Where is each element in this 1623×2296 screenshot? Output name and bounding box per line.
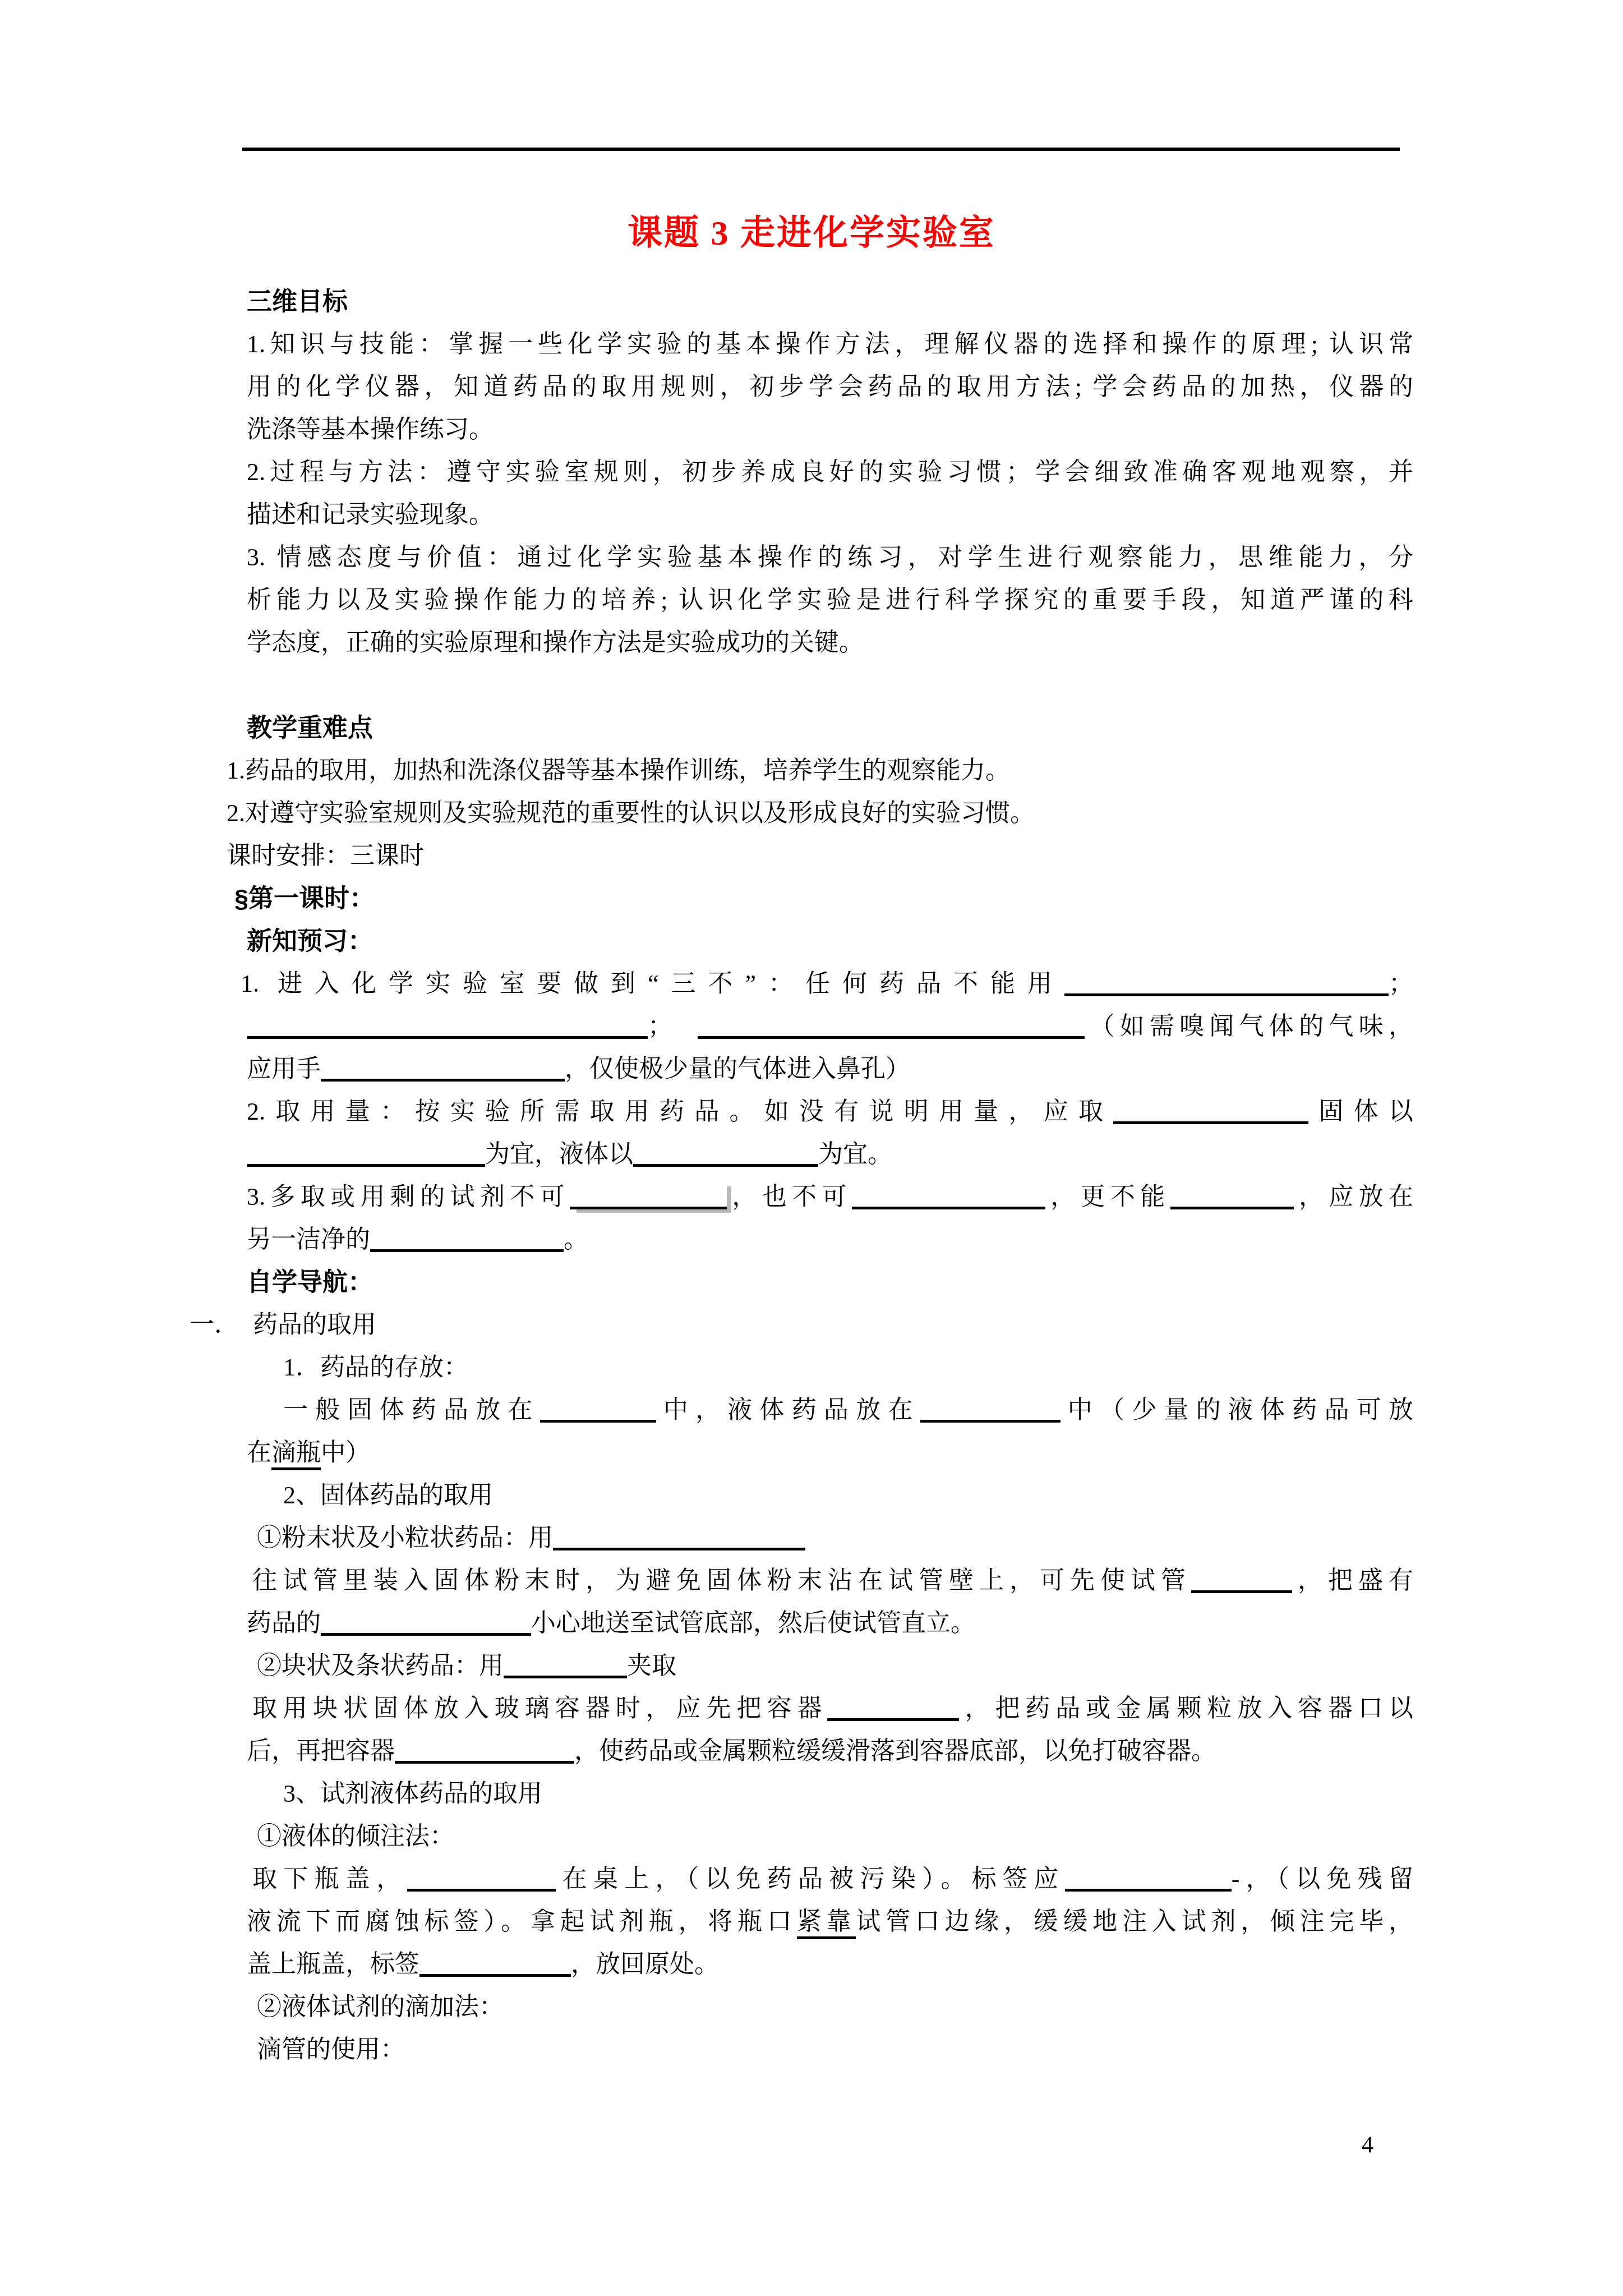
fill-in-blank-line [247,1138,485,1167]
fill-in-blank-line [920,1394,1061,1423]
text-segment: ，把药品或金属颗粒放入容器口以 [959,1695,1413,1722]
text-segment: 液流下而腐蚀标签）。拿起试剂瓶，将瓶口 [247,1908,797,1935]
text-segment: 1.药品的取用，加热和洗涤仪器等基本操作训练，培养学生的观察能力。 [227,757,1010,784]
text-segment: 在 [247,1439,271,1466]
pouring-method-heading: ①液体的倾注法： [257,1820,454,1853]
fill-in-blank-line [1065,1863,1232,1892]
goal-emotion-value-line-1: 3. 情感态度与价值：通过化学实验基本操作的练习，对学生进行观察能力，思维能力，… [247,541,1413,574]
block-drug-detail-line-1: 取用块状固体放入玻璃容器时，应先把容器，把药品或金属颗粒放入容器口以 [252,1692,1413,1725]
fill-in-blank-line [827,1692,959,1721]
preview-item-2-line-1: 2.取用量：按实验所需取用药品。如没有说明用量，应取固体以 [247,1096,1413,1128]
drug-storage-line-1: 一般固体药品放在中，液体药品放在中（少量的液体药品可放 [283,1394,1413,1427]
text-segment: -，（以免残留 [1232,1865,1413,1893]
text-segment: 中（少量的液体药品可放 [1061,1396,1413,1424]
header-rule [242,148,1400,151]
page-title: 课题 3 走进化学实验室 [0,213,1623,254]
fill-in-blank-line [633,1138,818,1167]
fill-in-blank-line [1113,1096,1308,1124]
block-drug-line: ②块状及条状药品：用夹取 [257,1650,676,1682]
fill-in-blank-line [504,1650,627,1678]
text-segment: ，放回原处。 [571,1950,719,1978]
section-one-drug-taking: 一．药品的取用 [190,1309,376,1341]
preview-item-1-line-1: 1. 进入化学实验室要做到“三不”：任何药品不能用； [241,968,1413,1000]
dropper-usage-heading: 滴管的使用： [257,2033,405,2066]
heading-three-dimensional-goals: 三维目标 [247,286,348,318]
text-segment: 用的化学仪器，知道药品的取用规则，初步学会药品的取用方法; 学会药品的加热，仪器… [247,373,1413,401]
goal-emotion-value-line-2: 析能力以及实验操作能力的培养; 认识化学实验是进行科学探究的重要手段，知道严谨的… [247,584,1413,616]
text-segment: ，仅使极少量的气体进入鼻孔） [565,1055,910,1083]
text-segment: 为宜。 [818,1140,892,1168]
key-point-1: 1.药品的取用，加热和洗涤仪器等基本操作训练，培养学生的观察能力。 [227,754,1010,787]
fill-in-blank-line [570,1181,727,1209]
fill-in-blank-line [407,1863,556,1892]
text-segment: 新知预习： [247,927,373,955]
text-segment: 后，再把容器 [247,1737,395,1765]
text-segment: 3、试剂液体药品的取用 [283,1780,542,1807]
solid-drug-heading: 2、固体药品的取用 [283,1479,493,1512]
powder-drug-line: ①粉末状及小粒状药品：用 [257,1522,805,1554]
goal-knowledge-skills-line-2: 用的化学仪器，知道药品的取用规则，初步学会药品的取用方法; 学会药品的加热，仪器… [247,371,1413,403]
text-segment: ，应放在 [1294,1183,1413,1211]
text-segment: （如需嗅闻气体的气味， [1085,1013,1413,1040]
preview-item-1-line-2: ；（如需嗅闻气体的气味， [247,1010,1413,1043]
goal-knowledge-skills-line-3: 洗涤等基本操作练习。 [247,413,494,446]
underlined-text-segment: 滴瓶 [271,1439,321,1470]
text-segment: 另一洁净的 [247,1226,370,1253]
fill-in-blank-line [370,1223,564,1252]
pouring-method-line-3: 盖上瓶盖，标签，放回原处。 [247,1948,719,1981]
text-segment: ，把盛有 [1292,1567,1413,1594]
text-segment: 取下瓶盖， [252,1865,407,1893]
text-segment: 盖上瓶盖，标签 [247,1950,419,1978]
text-segment: 药品的 [247,1609,321,1637]
text-segment: 一般固体药品放在 [283,1396,540,1424]
text-segment: ； [1389,970,1413,997]
liquid-drug-heading: 3、试剂液体药品的取用 [283,1778,542,1810]
fill-in-blank-line [321,1053,565,1082]
drug-storage-line-2: 在滴瓶中） [247,1437,370,1469]
text-segment: 2.取用量：按实验所需取用药品。如没有说明用量，应取 [247,1098,1113,1125]
page-number: 4 [1362,2132,1373,2159]
text-segment: 取用块状固体放入玻璃容器时，应先把容器 [252,1695,827,1722]
text-segment: ，也不可 [727,1183,852,1211]
preview-item-1-line-3: 应用手，仅使极少量的气体进入鼻孔） [247,1053,910,1085]
preview-item-3-line-1: 3.多取或用剩的试剂不可，也不可，更不能，应放在 [247,1181,1413,1213]
text-segment: 1．药品的存放： [283,1354,468,1381]
heading-new-knowledge-preview: 新知预习： [247,925,373,958]
text-segment: 中，液体药品放在 [656,1396,920,1424]
text-segment: 2.过程与方法：遵守实验室规则，初步养成良好的实验习惯；学会细致准确客观地观察，… [247,458,1413,486]
text-segment: 学态度，正确的实验原理和操作方法是实验成功的关键。 [247,629,864,656]
pouring-method-line-2: 液流下而腐蚀标签）。拿起试剂瓶，将瓶口紧靠试管口边缘，缓缓地注入试剂，倾注完毕， [247,1906,1413,1938]
heading-self-study-guide: 自学导航： [247,1266,373,1299]
text-segment: 三维目标 [247,287,348,316]
text-segment: 2.对遵守实验室规则及实验规范的重要性的认识以及形成良好的实验习惯。 [227,799,1035,827]
text-segment: ，使药品或金属颗粒缓缓滑落到容器底部，以免打破容器。 [574,1737,1216,1765]
preview-item-3-line-2: 另一洁净的。 [247,1223,588,1256]
text-segment: 析能力以及实验操作能力的培养; 认识化学实验是进行科学探究的重要手段，知道严谨的… [247,586,1413,614]
text-segment: 课时安排：三课时 [227,842,424,869]
key-point-2: 2.对遵守实验室规则及实验规范的重要性的认识以及形成良好的实验习惯。 [227,797,1035,830]
text-segment: 在桌上，（以免药品被污染）。标签应 [556,1865,1064,1893]
text-segment: ①液体的倾注法： [257,1823,454,1850]
text-segment: 固体以 [1308,1098,1413,1125]
text-segment: 。 [564,1226,588,1253]
text-segment: ； [648,1013,672,1040]
fill-in-blank-line [1191,1565,1292,1593]
text-segment: 为宜，液体以 [485,1140,633,1168]
text-segment: ，更不能 [1045,1183,1170,1211]
fill-in-blank-line [321,1607,531,1636]
text-segment: 滴管的使用： [257,2036,405,2063]
text-segment: ②液体试剂的滴加法： [257,1993,504,2021]
class-hour-arrangement: 课时安排：三课时 [227,840,424,872]
text-segment: 往试管里装入固体粉末时，为避免固体粉末沾在试管壁上，可先使试管 [252,1567,1191,1594]
fill-in-blank-line [540,1394,656,1423]
text-segment: 3. 情感态度与价值：通过化学实验基本操作的练习，对学生进行观察能力，思维能力，… [247,544,1413,571]
powder-drug-detail-line-1: 往试管里装入固体粉末时，为避免固体粉末沾在试管壁上，可先使试管，把盛有 [252,1565,1413,1597]
text-segment: 中） [321,1439,370,1466]
text-segment: 洗涤等基本操作练习。 [247,416,494,443]
text-segment: ①粉末状及小粒状药品：用 [257,1524,553,1552]
text-segment: 3.多取或用剩的试剂不可 [247,1183,570,1211]
goal-knowledge-skills-line-1: 1.知识与技能：掌握一些化学实验的基本操作方法，理解仪器的选择和操作的原理; 认… [247,328,1413,361]
text-segment: 2、固体药品的取用 [283,1481,493,1509]
text-segment: ②块状及条状药品：用 [257,1652,504,1680]
text-segment: 小心地送至试管底部，然后使试管直立。 [531,1609,975,1637]
heading-first-lesson: §第一课时： [234,882,375,915]
text-segment: 夹取 [627,1652,676,1680]
document-page: 课题 3 走进化学实验室 三维目标1.知识与技能：掌握一些化学实验的基本操作方法… [0,0,1623,2296]
heading-teaching-key-points: 教学重难点 [247,712,373,744]
text-segment: 试管口边缘，缓缓地注入试剂，倾注完毕， [856,1908,1413,1935]
pouring-method-line-1: 取下瓶盖，在桌上，（以免药品被污染）。标签应-，（以免残留 [252,1863,1413,1895]
fill-in-blank-line [395,1735,574,1764]
goal-process-method-line-1: 2.过程与方法：遵守实验室规则，初步养成良好的实验习惯；学会细致准确客观地观察，… [247,456,1413,489]
goal-emotion-value-line-3: 学态度，正确的实验原理和操作方法是实验成功的关键。 [247,627,864,659]
fill-in-blank-line [1170,1181,1294,1209]
fill-in-blank-line [1064,968,1389,996]
text-segment: 自学导航： [247,1268,373,1296]
text-segment: 教学重难点 [247,714,373,742]
drug-storage-heading: 1．药品的存放： [283,1351,468,1384]
dropping-method-heading: ②液体试剂的滴加法： [257,1991,504,2023]
text-segment: 1.知识与技能：掌握一些化学实验的基本操作方法，理解仪器的选择和操作的原理; 认… [247,330,1413,358]
preview-item-2-line-2: 为宜，液体以为宜。 [247,1138,892,1171]
text-segment: §第一课时： [234,884,375,913]
goal-process-method-line-2: 描述和记录实验现象。 [247,499,494,531]
text-segment: 药品的取用 [253,1311,376,1338]
text-segment: 描述和记录实验现象。 [247,501,494,528]
block-drug-detail-line-2: 后，再把容器，使药品或金属颗粒缓缓滑落到容器底部，以免打破容器。 [247,1735,1216,1768]
text-segment: 应用手 [247,1055,321,1083]
text-segment: 1. 进入化学实验室要做到“三不”：任何药品不能用 [241,970,1064,997]
fill-in-blank-line [852,1181,1045,1209]
fill-in-blank-line [553,1522,805,1550]
fill-in-blank-line [419,1948,571,1977]
powder-drug-detail-line-2: 药品的小心地送至试管底部，然后使试管直立。 [247,1607,975,1640]
fill-in-blank-line [698,1010,1085,1039]
text-segment: 一． [190,1311,239,1338]
fill-in-blank-line [247,1010,648,1039]
underlined-text-segment: 紧靠 [797,1908,856,1939]
